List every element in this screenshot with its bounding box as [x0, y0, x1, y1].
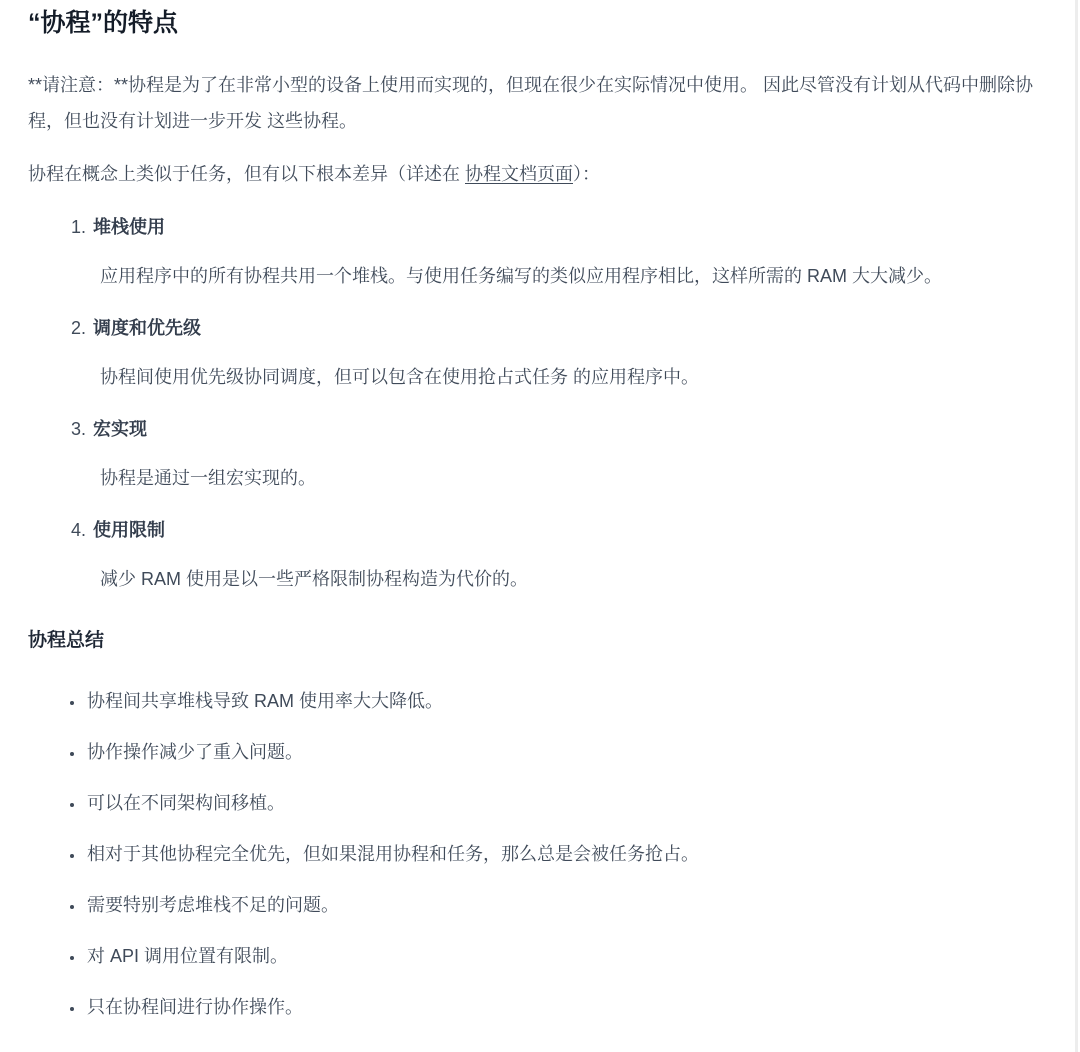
list-item: 可以在不同架构间移植。 — [85, 785, 1046, 821]
list-item: 协程间共享堆栈导致 RAM 使用率大大降低。 — [85, 683, 1046, 719]
summary-bullet-list: 协程间共享堆栈导致 RAM 使用率大大降低。 协作操作减少了重入问题。 可以在不… — [28, 683, 1046, 1025]
list-item-term: 调度和优先级 — [93, 310, 1046, 346]
coroutine-doc-page-link[interactable]: 协程文档页面 — [465, 164, 573, 184]
list-item-desc: 协程是通过一组宏实现的。 — [93, 461, 1046, 496]
summary-heading: 协程总结 — [28, 623, 1046, 659]
list-item-term: 使用限制 — [93, 512, 1046, 548]
document-page: “协程”的特点 **请注意：**协程是为了在非常小型的设备上使用而实现的，但现在… — [0, 0, 1080, 1052]
page-right-edge — [1075, 0, 1078, 1052]
intro-text-after-link: ）： — [573, 164, 600, 184]
list-item-desc: 应用程序中的所有协程共用一个堆栈。与使用任务编写的类似应用程序相比，这样所需的 … — [93, 259, 1046, 294]
list-item-term: 堆栈使用 — [93, 209, 1046, 245]
list-item-desc: 减少 RAM 使用是以一些严格限制协程构造为代价的。 — [93, 562, 1046, 597]
list-item: 相对于其他协程完全优先，但如果混用协程和任务，那么总是会被任务抢占。 — [85, 836, 1046, 872]
list-item-term: 宏实现 — [93, 411, 1046, 447]
intro-text-before-link: 协程在概念上类似于任务，但有以下根本差异（详述在 — [28, 164, 465, 184]
note-paragraph: **请注意：**协程是为了在非常小型的设备上使用而实现的，但现在很少在实际情况中… — [28, 67, 1046, 139]
list-item: 需要特别考虑堆栈不足的问题。 — [85, 887, 1046, 923]
list-item: 对 API 调用位置有限制。 — [85, 938, 1046, 974]
feature-numbered-list: 堆栈使用 应用程序中的所有协程共用一个堆栈。与使用任务编写的类似应用程序相比，这… — [28, 209, 1046, 597]
page-title: “协程”的特点 — [28, 6, 1046, 40]
list-item: 调度和优先级 协程间使用优先级协同调度，但可以包含在使用抢占式任务 的应用程序中… — [91, 310, 1046, 395]
list-item-desc: 协程间使用优先级协同调度，但可以包含在使用抢占式任务 的应用程序中。 — [93, 360, 1046, 395]
list-item: 协作操作减少了重入问题。 — [85, 734, 1046, 770]
list-item: 宏实现 协程是通过一组宏实现的。 — [91, 411, 1046, 496]
intro-paragraph: 协程在概念上类似于任务，但有以下根本差异（详述在 协程文档页面）： — [28, 156, 1046, 192]
list-item: 只在协程间进行协作操作。 — [85, 989, 1046, 1025]
list-item: 堆栈使用 应用程序中的所有协程共用一个堆栈。与使用任务编写的类似应用程序相比，这… — [91, 209, 1046, 294]
list-item: 使用限制 减少 RAM 使用是以一些严格限制协程构造为代价的。 — [91, 512, 1046, 597]
